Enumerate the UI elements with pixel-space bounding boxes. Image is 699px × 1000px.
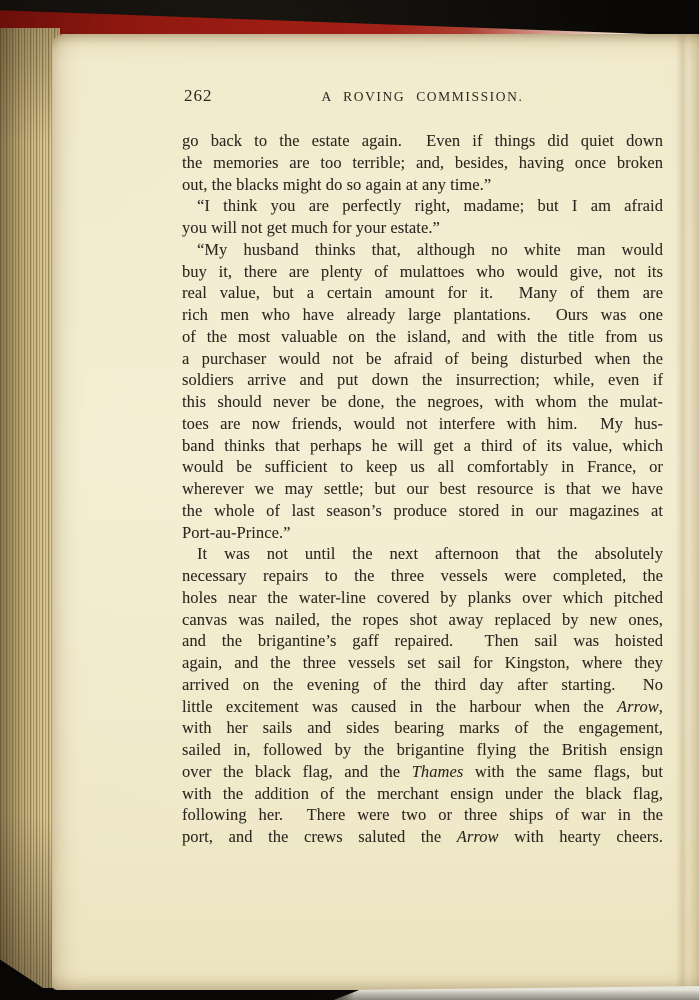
text-line: and the brigantine’s gaff repaired. Then…	[182, 630, 663, 652]
text-line: “I think you are perfectly right, madame…	[182, 195, 663, 217]
text-line: the memories are too terrible; and, besi…	[182, 152, 663, 174]
text-line: over the black flag, and the Thames with…	[182, 761, 663, 783]
text-line: you will not get much for your estate.”	[182, 217, 663, 239]
body-text: go back to the estate again. Even if thi…	[182, 130, 663, 848]
text-line: necessary repairs to the three vessels w…	[182, 565, 663, 587]
text-line: holes near the water-line covered by pla…	[182, 587, 663, 609]
text-line: canvas was nailed, the ropes shot away r…	[182, 609, 663, 631]
text-line: arrived on the evening of the third day …	[182, 674, 663, 696]
running-title: A ROVING COMMISSION.	[182, 89, 663, 105]
text-line: “My husband thinks that, although no whi…	[182, 239, 663, 261]
text-line: real value, but a certain amount for it.…	[182, 282, 663, 304]
text-line: port, and the crews saluted the Arrow wi…	[182, 826, 663, 848]
text-line: the whole of last season’s produce store…	[182, 500, 663, 522]
text-line: Port-au-Prince.”	[182, 522, 663, 544]
book-photo: 262 A ROVING COMMISSION. go back to the …	[0, 0, 699, 1000]
text-line: It was not until the next afternoon that…	[182, 543, 663, 565]
page-fore-edges	[0, 28, 60, 988]
text-line: out, the blacks might do so again at any…	[182, 174, 663, 196]
text-line: buy it, there are plenty of mulattoes wh…	[182, 261, 663, 283]
text-line: this should never be done, the negroes, …	[182, 391, 663, 413]
text-line: toes are now friends, would not interfer…	[182, 413, 663, 435]
text-line: following her. There were two or three s…	[182, 804, 663, 826]
book-page: 262 A ROVING COMMISSION. go back to the …	[52, 34, 699, 990]
text-line: wherever we may settle; but our best res…	[182, 478, 663, 500]
text-line: with the addition of the merchant ensign…	[182, 783, 663, 805]
text-line: rich men who have already large plantati…	[182, 304, 663, 326]
text-line: a purchaser would not be afraid of being…	[182, 348, 663, 370]
text-line: band thinks that perhaps he will get a t…	[182, 435, 663, 457]
text-line: would be sufficient to keep us all comfo…	[182, 456, 663, 478]
text-line: of the most valuable on the island, and …	[182, 326, 663, 348]
text-line: go back to the estate again. Even if thi…	[182, 130, 663, 152]
text-line: sailed in, followed by the brigantine fl…	[182, 739, 663, 761]
text-line: again, and the three vessels set sail fo…	[182, 652, 663, 674]
text-line: with her sails and sides bearing marks o…	[182, 717, 663, 739]
page-header: 262 A ROVING COMMISSION.	[182, 86, 663, 110]
text-line: soldiers arrive and put down the insurre…	[182, 369, 663, 391]
text-line: little excitement was caused in the harb…	[182, 696, 663, 718]
